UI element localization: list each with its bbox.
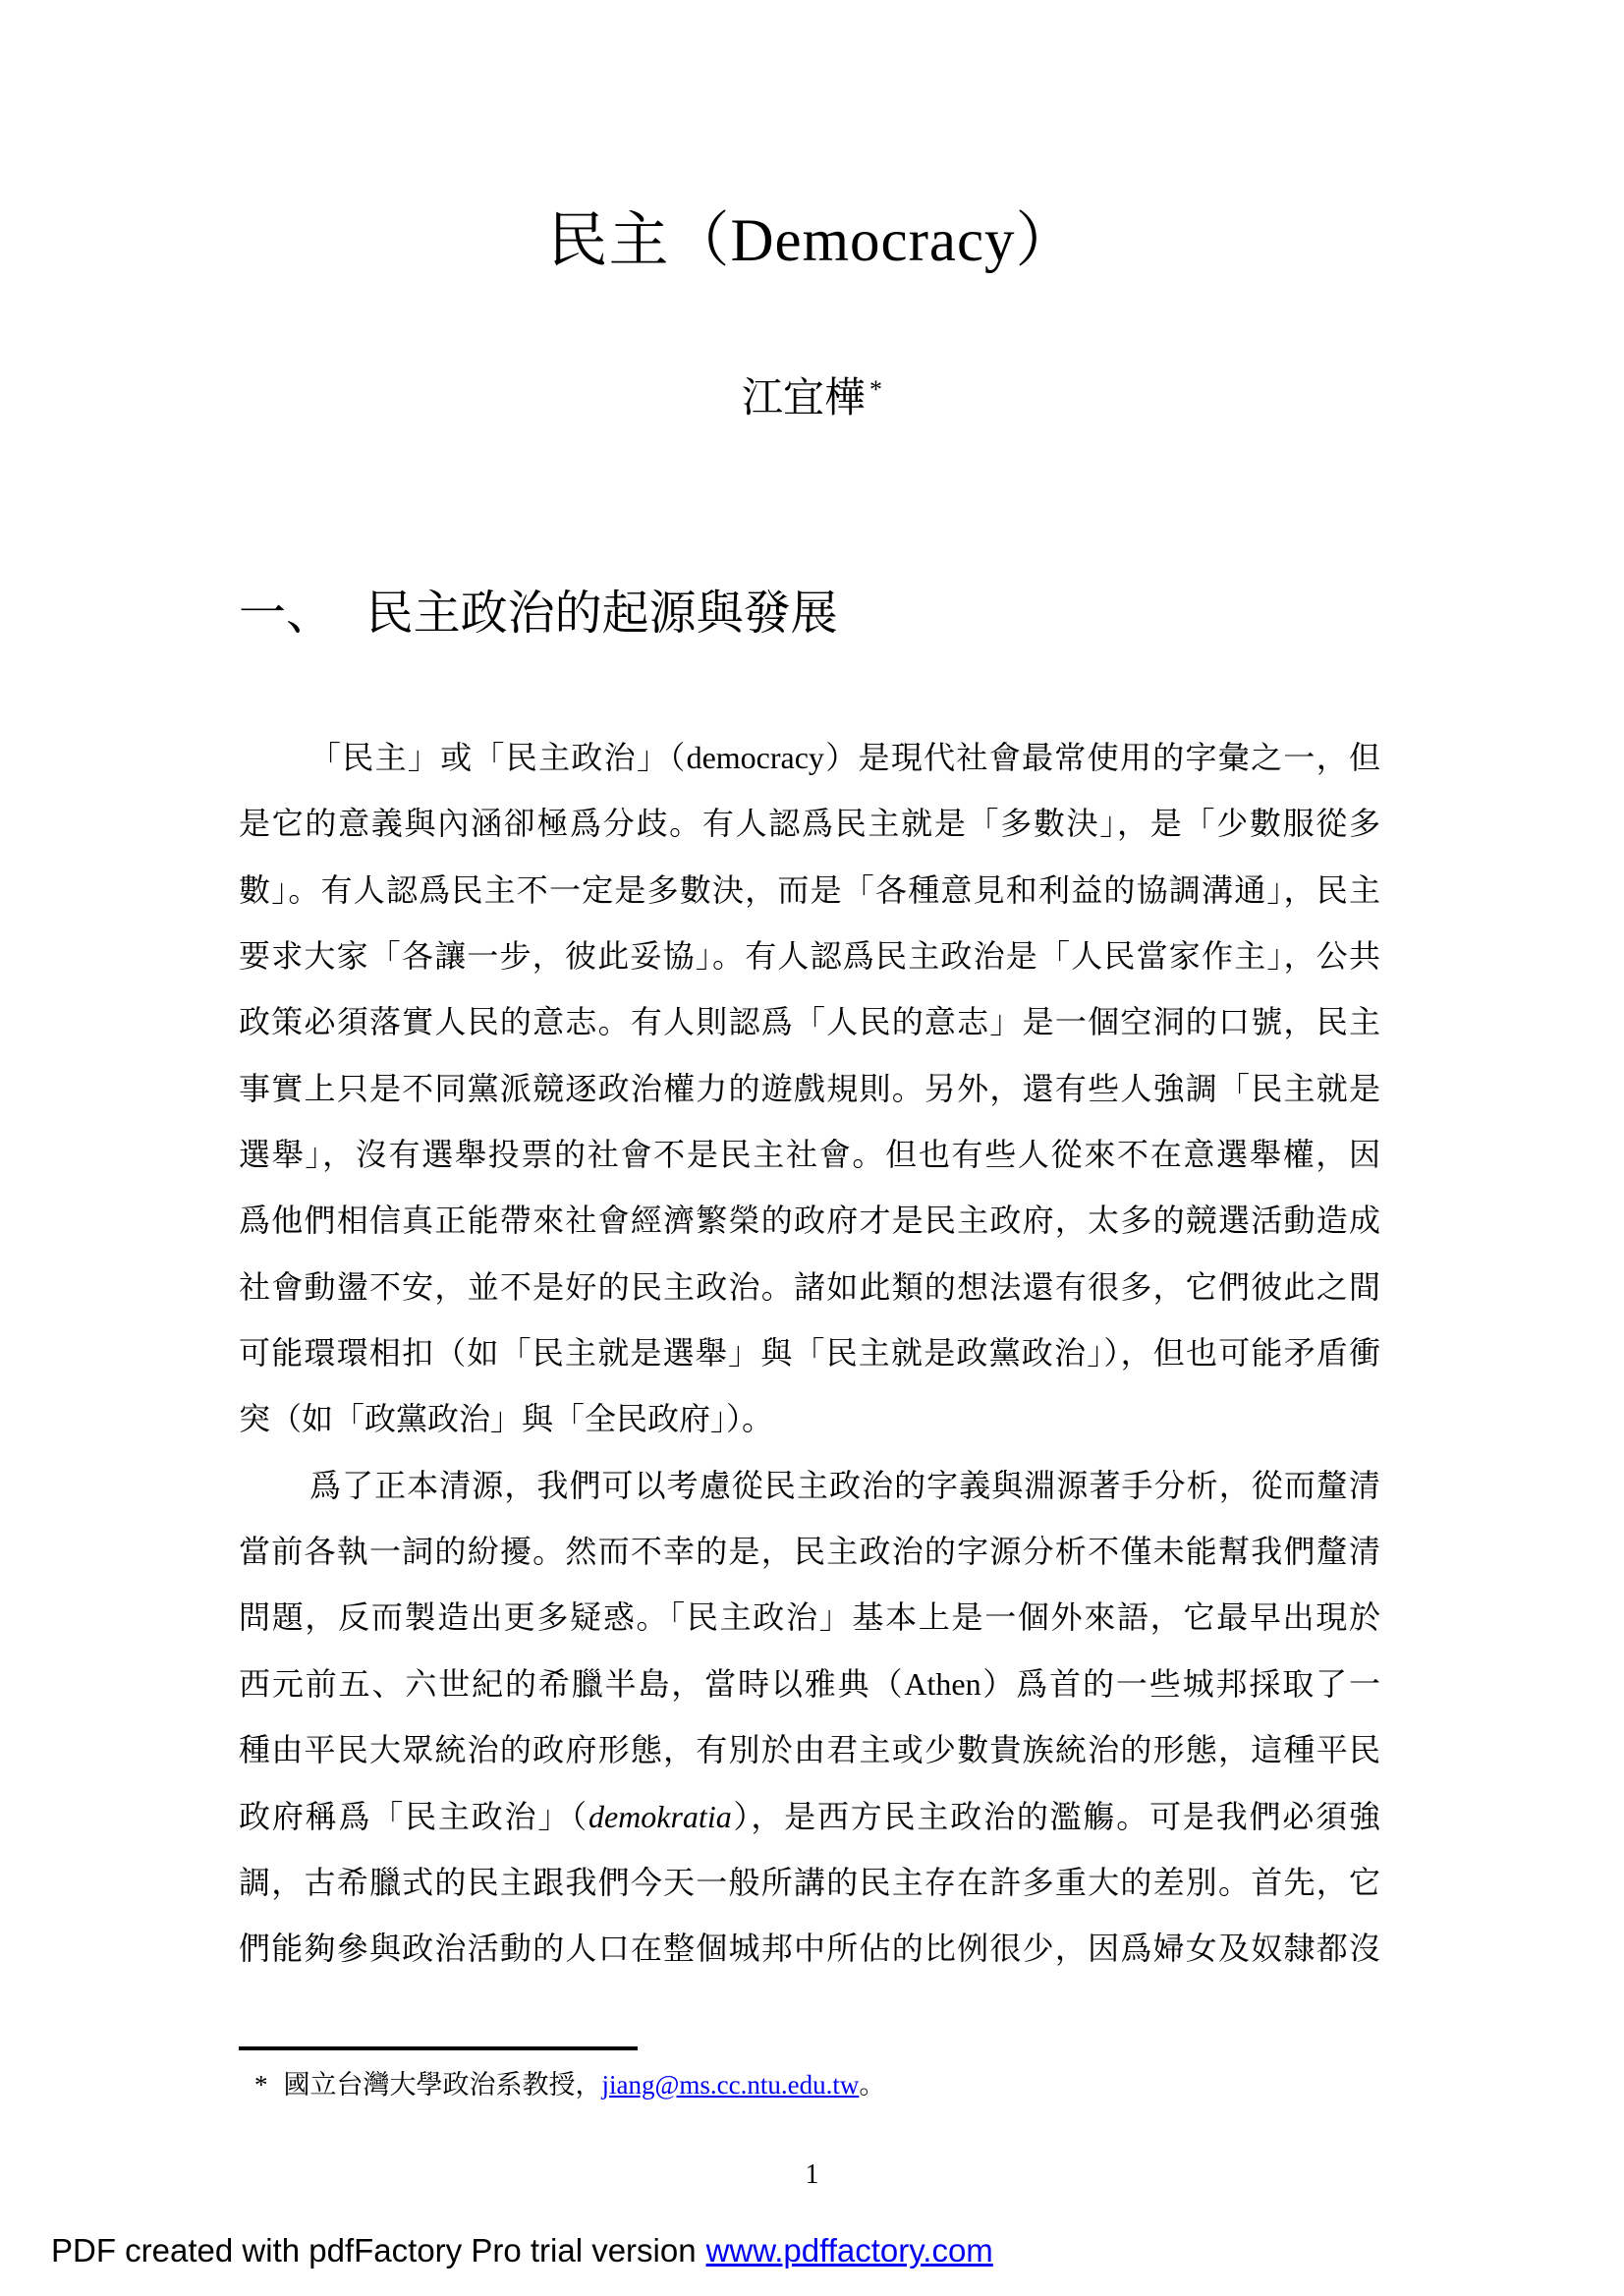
footnote: *國立台灣大學政治系教授，jiang@ms.cc.ntu.edu.tw。 [254, 2065, 885, 2104]
body-line-segment: 可能環環相扣（如「民主就是選舉」與「民主就是政黨政治」），但也可能矛盾衝 [239, 1335, 1380, 1371]
body-line-segment: 「民主」或「民主政治」（democracy）是現代社會最常使用的字彙之一，但 [309, 740, 1380, 775]
body-line-segment: 西元前五、六世紀的希臘半島，當時以雅典（Athen）爲首的一些城邦採取了一 [239, 1666, 1380, 1702]
body-line: 是它的意義與內涵卻極爲分歧。有人認爲民主就是「多數決」，是「少數服從多 [239, 791, 1380, 857]
body-line: 們能夠參與政治活動的人口在整個城邦中所佔的比例很少，因爲婦女及奴隸都沒 [239, 1916, 1380, 1982]
body-line-segment: 當前各執一詞的紛擾。然而不幸的是，民主政治的字源分析不僅未能幫我們釐清 [239, 1534, 1380, 1569]
author-line: 江宜樺* [0, 365, 1624, 424]
body-line-segment: 是它的意義與內涵卻極爲分歧。有人認爲民主就是「多數決」，是「少數服從多 [239, 806, 1380, 841]
body-line: 當前各執一詞的紛擾。然而不幸的是，民主政治的字源分析不僅未能幫我們釐清 [239, 1519, 1380, 1585]
page-number: 1 [0, 2159, 1624, 2191]
body-line-segment: 要求大家「各讓一步，彼此妥協」。有人認爲民主政治是「人民當家作主」，公共 [239, 938, 1380, 974]
body-line-segment: 調，古希臘式的民主跟我們今天一般所講的民主存在許多重大的差別。首先，它 [239, 1865, 1380, 1900]
body-line-segment: 種由平民大眾統治的政府形態，有別於由君主或少數貴族統治的形態，這種平民 [239, 1732, 1380, 1767]
footnote-suffix: 。 [859, 2070, 885, 2100]
footnote-email-link[interactable]: jiang@ms.cc.ntu.edu.tw [602, 2070, 860, 2100]
body-line: 西元前五、六世紀的希臘半島，當時以雅典（Athen）爲首的一些城邦採取了一 [239, 1652, 1380, 1717]
heading-text: 民主政治的起源與發展 [366, 588, 838, 640]
body-line-segment: 社會動盪不安，並不是好的民主政治。諸如此類的想法還有很多，它們彼此之間 [239, 1269, 1380, 1305]
body-line: 數」。有人認爲民主不一定是多數決，而是「各種意見和利益的協調溝通」，民主 [239, 858, 1380, 924]
body-line: 政策必須落實人民的意志。有人則認爲「人民的意志」是一個空洞的口號，民主 [239, 989, 1380, 1055]
body-line-segment: 們能夠參與政治活動的人口在整個城邦中所佔的比例很少，因爲婦女及奴隸都沒 [239, 1931, 1380, 1966]
body-line: 爲了正本清源，我們可以考慮從民主政治的字義與淵源著手分析，從而釐清 [239, 1453, 1380, 1519]
body-line: 選舉」，沒有選舉投票的社會不是民主社會。但也有些人從來不在意選舉權，因 [239, 1122, 1380, 1188]
footnote-marker: * [254, 2070, 268, 2100]
body-line: 要求大家「各讓一步，彼此妥協」。有人認爲民主政治是「人民當家作主」，公共 [239, 924, 1380, 989]
body-line: 事實上只是不同黨派競逐政治權力的遊戲規則。另外，還有些人強調「民主就是 [239, 1056, 1380, 1122]
body-line-italic-segment: demokratia [588, 1799, 732, 1834]
document-title: 民主（Democracy） [0, 193, 1624, 278]
body-line: 爲他們相信真正能帶來社會經濟繁榮的政府才是民主政府，太多的競選活動造成 [239, 1188, 1380, 1254]
pdf-banner-text: PDF created with pdfFactory Pro trial ve… [51, 2232, 697, 2268]
heading-number: 一、 [239, 588, 333, 640]
pdffactory-link[interactable]: www.pdffactory.com [706, 2232, 993, 2268]
body-line: 調，古希臘式的民主跟我們今天一般所講的民主存在許多重大的差別。首先，它 [239, 1850, 1380, 1916]
body-line-segment: 政策必須落實人民的意志。有人則認爲「人民的意志」是一個空洞的口號，民主 [239, 1004, 1380, 1039]
body-line: 政府稱爲「民主政治」（demokratia），是西方民主政治的濫觴。可是我們必須… [239, 1784, 1380, 1850]
body-line-segment: 數」。有人認爲民主不一定是多數決，而是「各種意見和利益的協調溝通」，民主 [239, 872, 1380, 908]
body-line: 問題，反而製造出更多疑惑。「民主政治」基本上是一個外來語，它最早出現於 [239, 1585, 1380, 1651]
author-name: 江宜樺 [742, 376, 866, 421]
body-line: 社會動盪不安，並不是好的民主政治。諸如此類的想法還有很多，它們彼此之間 [239, 1255, 1380, 1320]
body-line-segment: 爲他們相信真正能帶來社會經濟繁榮的政府才是民主政府，太多的競選活動造成 [239, 1203, 1380, 1238]
pdf-trial-banner: PDF created with pdfFactory Pro trial ve… [51, 2232, 993, 2269]
body-line: 可能環環相扣（如「民主就是選舉」與「民主就是政黨政治」），但也可能矛盾衝 [239, 1320, 1380, 1386]
body-line-segment: 事實上只是不同黨派競逐政治權力的遊戲規則。另外，還有些人強調「民主就是 [239, 1071, 1380, 1106]
body-line: 「民主」或「民主政治」（democracy）是現代社會最常使用的字彙之一，但 [239, 725, 1380, 791]
body-line-segment: 選舉」，沒有選舉投票的社會不是民主社會。但也有些人從來不在意選舉權，因 [239, 1137, 1380, 1172]
body-line: 種由平民大眾統治的政府形態，有別於由君主或少數貴族統治的形態，這種平民 [239, 1717, 1380, 1783]
section-heading: 一、民主政治的起源與發展 [239, 575, 838, 643]
footnote-text: 國立台灣大學政治系教授， [284, 2070, 602, 2100]
body-line-segment: 爲了正本清源，我們可以考慮從民主政治的字義與淵源著手分析，從而釐清 [309, 1468, 1380, 1503]
body-line-segment: 政府稱爲「民主政治」（ [239, 1799, 588, 1834]
body-line-segment: ），是西方民主政治的濫觴。可是我們必須強 [732, 1799, 1380, 1834]
author-footnote-marker: * [869, 375, 882, 404]
body-line-segment: 問題，反而製造出更多疑惑。「民主政治」基本上是一個外來語，它最早出現於 [239, 1599, 1380, 1635]
document-page: 民主（Democracy） 江宜樺* 一、民主政治的起源與發展 「民主」或「民主… [0, 0, 1624, 2296]
body-text: 「民主」或「民主政治」（democracy）是現代社會最常使用的字彙之一，但是它… [239, 725, 1380, 1983]
body-line: 突（如「政黨政治」與「全民政府」）。 [239, 1386, 1380, 1452]
body-line-segment: 突（如「政黨政治」與「全民政府」）。 [239, 1401, 773, 1436]
footnote-separator [239, 2046, 638, 2050]
